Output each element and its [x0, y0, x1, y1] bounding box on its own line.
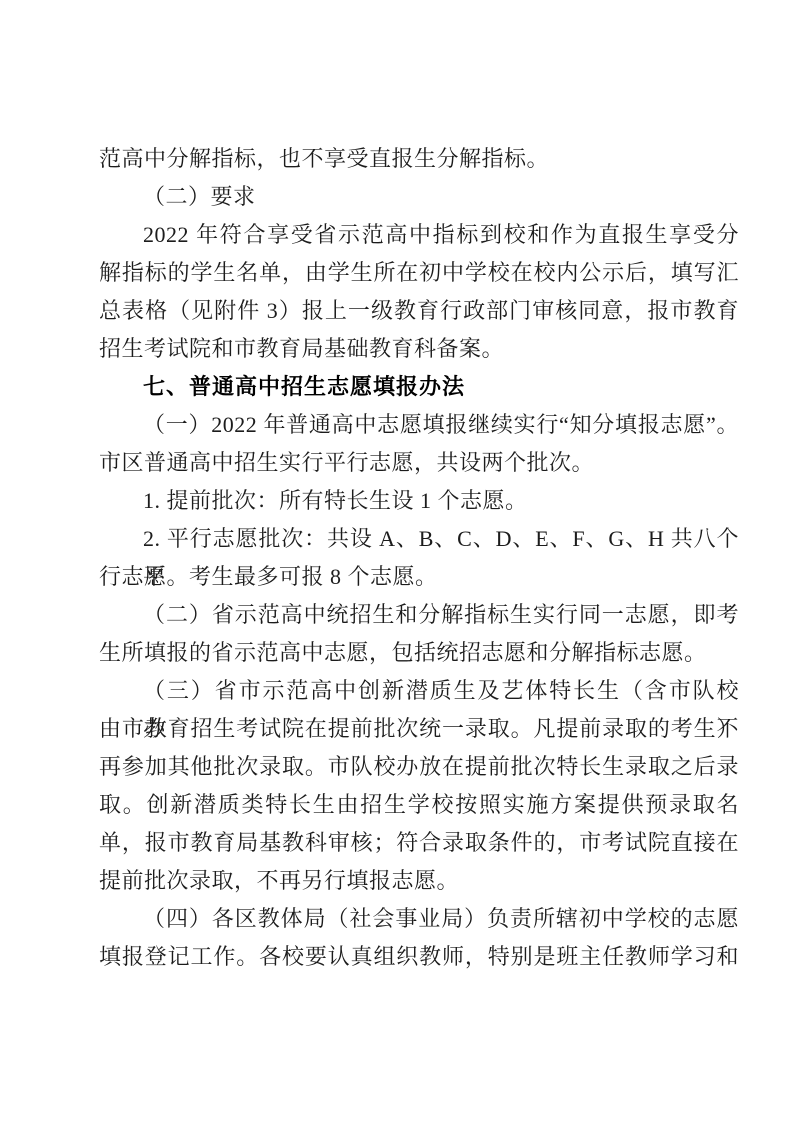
text-line: 范高中分解指标，也不享受直报生分解指标。 [99, 140, 739, 178]
text-line: （四）各区教体局（社会事业局）负责所辖初中学校的志愿 [99, 900, 739, 938]
text-line: 取。创新潜质类特长生由招生学校按照实施方案提供预录取名 [99, 786, 739, 824]
section-heading: 七、普通高中招生志愿填报办法 [99, 368, 739, 406]
text-line: 填报登记工作。各校要认真组织教师，特别是班主任教师学习和 [99, 938, 739, 976]
text-line: 2022 年符合享受省示范高中指标到校和作为直报生享受分 [99, 216, 739, 254]
text-line: 行志愿。考生最多可报 8 个志愿。 [99, 558, 739, 596]
text-line: 1. 提前批次：所有特长生设 1 个志愿。 [99, 482, 739, 520]
text-line: 生所填报的省示范高中志愿，包括统招志愿和分解指标志愿。 [99, 634, 739, 672]
text-line: （二）省示范高中统招生和分解指标生实行同一志愿，即考 [99, 596, 739, 634]
text-line: 招生考试院和市教育局基础教育科备案。 [99, 330, 739, 368]
document-page: 范高中分解指标，也不享受直报生分解指标。（二）要求2022 年符合享受省示范高中… [0, 0, 793, 1122]
text-line: 2. 平行志愿批次：共设 A、B、C、D、E、F、G、H 共八个平 [99, 520, 739, 558]
text-line: 解指标的学生名单，由学生所在初中学校在校内公示后，填写汇 [99, 254, 739, 292]
text-line: （三）省市示范高中创新潜质生及艺体特长生（含市队校办） [99, 672, 739, 710]
text-line: 市区普通高中招生实行平行志愿，共设两个批次。 [99, 444, 739, 482]
text-line: （二）要求 [99, 178, 739, 216]
text-line: 再参加其他批次录取。市队校办放在提前批次特长生录取之后录 [99, 748, 739, 786]
text-block: 范高中分解指标，也不享受直报生分解指标。（二）要求2022 年符合享受省示范高中… [99, 140, 739, 976]
text-line: 提前批次录取，不再另行填报志愿。 [99, 862, 739, 900]
text-line: 由市教育招生考试院在提前批次统一录取。凡提前录取的考生不 [99, 710, 739, 748]
text-line: 单，报市教育局基教科审核；符合录取条件的，市考试院直接在 [99, 824, 739, 862]
text-line: 总表格（见附件 3）报上一级教育行政部门审核同意，报市教育 [99, 292, 739, 330]
text-line: （一）2022 年普通高中志愿填报继续实行“知分填报志愿”。 [99, 406, 739, 444]
